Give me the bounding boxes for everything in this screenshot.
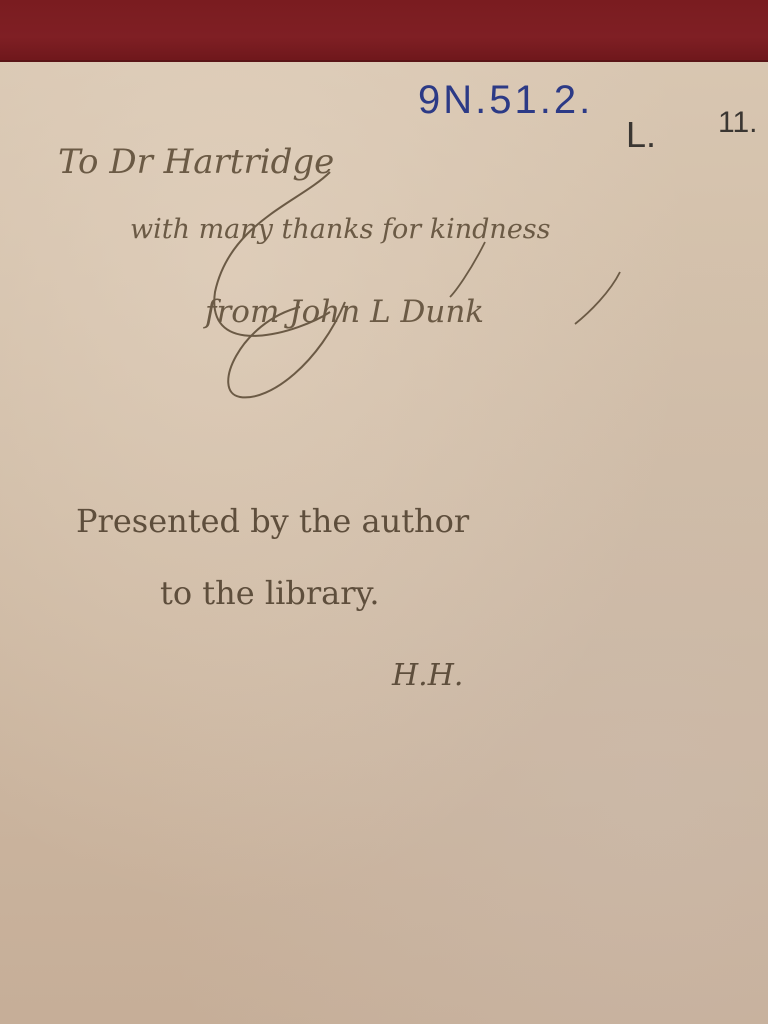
dedication-line-3: from John L Dunk	[205, 294, 484, 330]
library-note-line-1: Presented by the author	[76, 502, 469, 540]
red-cloth-cover	[0, 0, 768, 62]
endpaper: 9N.51.2. L. 11. To Dr Hartridge with man…	[0, 62, 768, 1024]
shelfmark-pencil-11: 11.	[718, 106, 757, 140]
dedication-line-1: To Dr Hartridge	[58, 142, 334, 182]
library-note-line-2: to the library.	[160, 574, 380, 612]
shelfmark-pencil-l: L.	[626, 114, 656, 156]
dedication-line-2: with many thanks for kindness	[130, 214, 551, 245]
library-note-initials: H.H.	[392, 658, 463, 693]
shelfmark-blue: 9N.51.2.	[418, 78, 593, 123]
